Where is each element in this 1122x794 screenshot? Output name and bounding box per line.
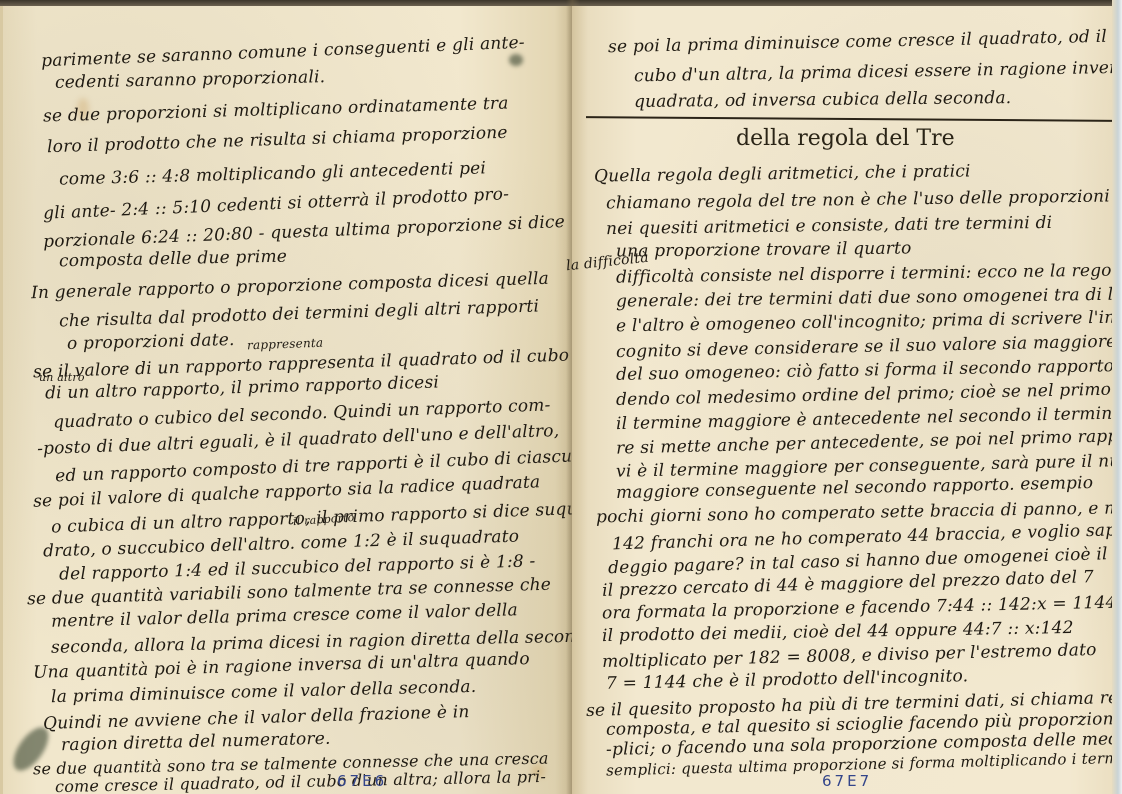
folio-number: 67E6 bbox=[337, 772, 387, 790]
interlinear-note: il rapporto bbox=[292, 508, 355, 532]
right-page: se poi la prima diminuisce come cresce i… bbox=[572, 6, 1112, 794]
section-heading: della regola del Tre bbox=[736, 126, 955, 151]
manuscript-spread: parimente se saranno comune i conseguent… bbox=[0, 0, 1122, 794]
section-divider bbox=[586, 116, 1114, 122]
manuscript-line: ragion diretta del numeratore. bbox=[61, 729, 331, 756]
manuscript-line: come 3:6 :: 4:8 moltiplicando gli antece… bbox=[59, 158, 487, 189]
interlinear-note: rappresenta bbox=[247, 333, 324, 356]
folio-number: 67E7 bbox=[822, 772, 872, 790]
manuscript-line: se poi la prima diminuisce come cresce i… bbox=[608, 27, 1107, 57]
left-page: parimente se saranno comune i conseguent… bbox=[0, 6, 572, 794]
manuscript-line: difficoltà consiste nel disporre i termi… bbox=[616, 260, 1122, 287]
manuscript-line: e l'altro è omogeneo coll'incognito; pri… bbox=[616, 308, 1122, 337]
manuscript-line: cubo d'un altra, la prima dicesi essere … bbox=[634, 58, 1122, 87]
manuscript-line: Quella regola degli aritmetici, che i pr… bbox=[594, 161, 971, 186]
manuscript-line: composta delle due prime bbox=[59, 247, 287, 272]
manuscript-line: o proporzioni date. bbox=[67, 330, 235, 354]
manuscript-line: nei quesiti aritmetici e consiste, dati … bbox=[606, 213, 1053, 239]
manuscript-line: generale: dei tre termini dati due sono … bbox=[616, 284, 1122, 311]
manuscript-line: parimente se saranno comune i conseguent… bbox=[41, 33, 525, 72]
manuscript-line: una proporzione trovare il quarto bbox=[616, 238, 912, 261]
manuscript-line: loro il prodotto che ne risulta si chiam… bbox=[47, 123, 508, 157]
manuscript-line: chiamano regola del tre non è che l'uso … bbox=[606, 186, 1110, 213]
manuscript-line: Quindi ne avviene che il valor della fra… bbox=[43, 702, 470, 734]
manuscript-line: se due proporzioni si moltiplicano ordin… bbox=[43, 94, 509, 127]
manuscript-line: cedenti saranno proporzionali. bbox=[55, 67, 326, 93]
manuscript-line: che risulta dal prodotto dei termini deg… bbox=[59, 296, 540, 331]
manuscript-line: quadrata, od inversa cubica della second… bbox=[634, 88, 1012, 112]
ink-blot bbox=[509, 54, 523, 66]
book-right-edge bbox=[1112, 0, 1122, 794]
